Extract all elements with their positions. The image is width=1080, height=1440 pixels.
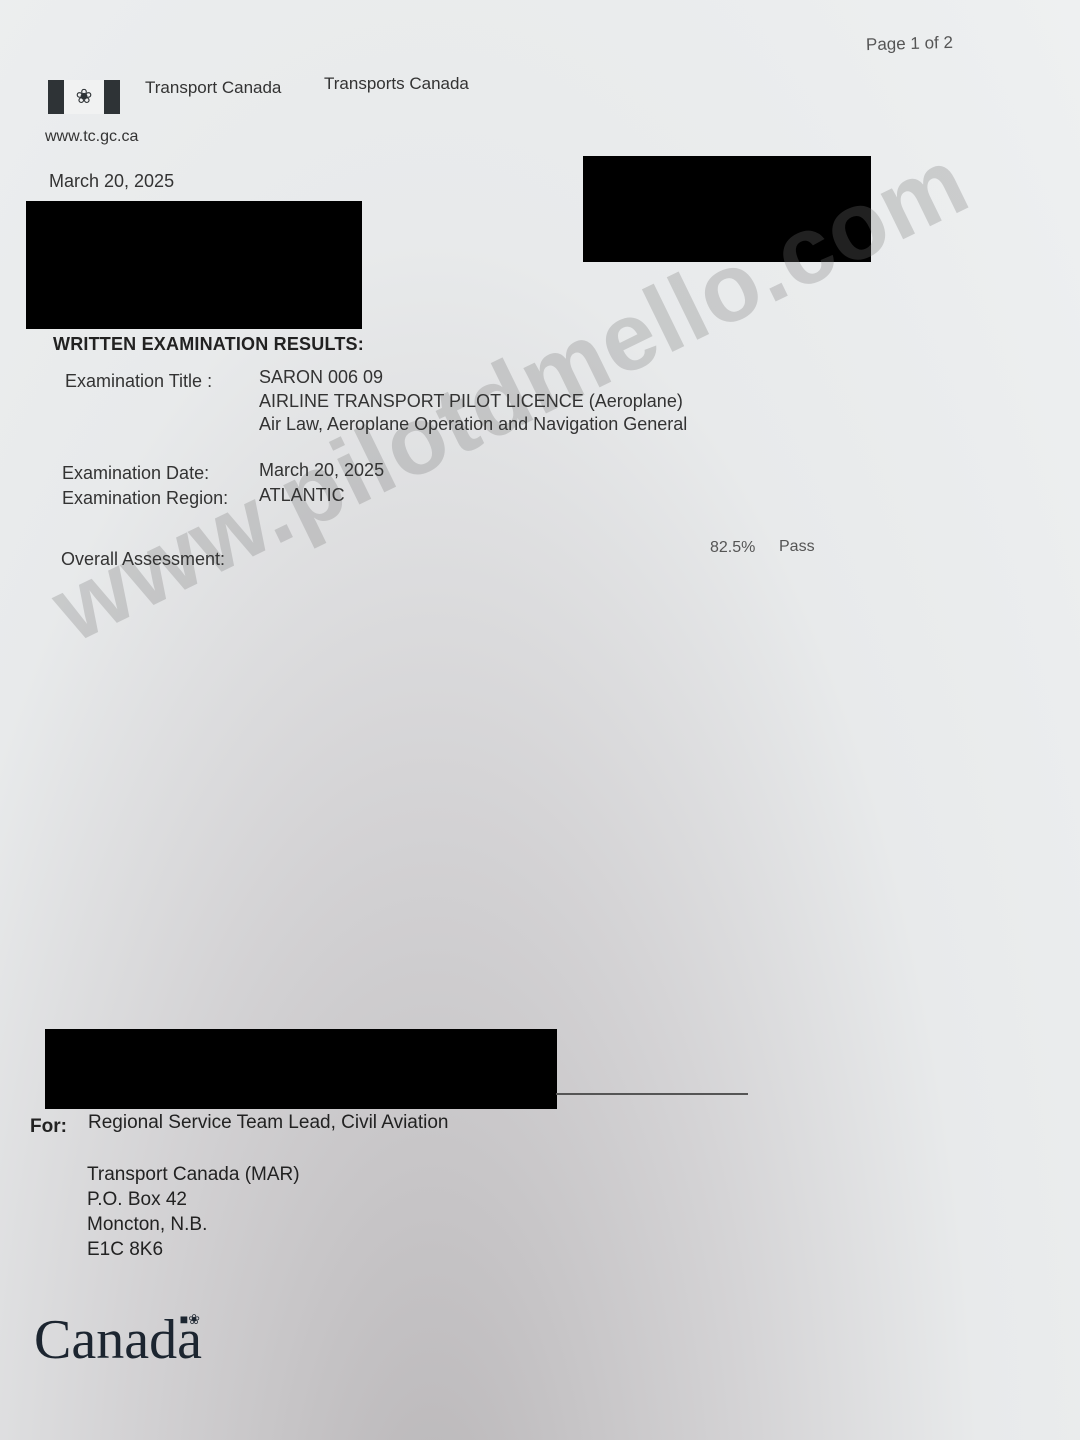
redacted-signature — [45, 1029, 557, 1109]
assessment-score: 82.5% — [710, 539, 755, 557]
redacted-recipient-block — [26, 201, 362, 329]
address-line: E1C 8K6 — [87, 1237, 300, 1262]
department-name-en: Transport Canada — [145, 78, 281, 98]
exam-title-subject: Air Law, Aeroplane Operation and Navigat… — [259, 414, 687, 435]
exam-date-label: Examination Date: — [62, 463, 209, 484]
canada-wordmark: Canada ■❀ — [34, 1308, 202, 1372]
letter-date: March 20, 2025 — [49, 171, 174, 192]
address-line: Moncton, N.B. — [87, 1212, 300, 1237]
exam-region-value: ATLANTIC — [259, 485, 345, 506]
canada-flag-icon: ❀ — [48, 80, 120, 114]
exam-date-value: March 20, 2025 — [259, 460, 384, 481]
mailing-address: Transport Canada (MAR) P.O. Box 42 Monct… — [87, 1162, 300, 1262]
signature-line — [556, 1093, 748, 1095]
website-url: www.tc.gc.ca — [45, 128, 138, 146]
assessment-label: Overall Assessment: — [61, 549, 225, 570]
address-line: P.O. Box 42 — [87, 1187, 300, 1212]
exam-region-label: Examination Region: — [62, 488, 228, 509]
wordmark-flag-icon: ■❀ — [180, 1312, 200, 1329]
results-heading: WRITTEN EXAMINATION RESULTS: — [53, 334, 364, 355]
address-line: Transport Canada (MAR) — [87, 1162, 300, 1187]
for-label: For: — [30, 1116, 67, 1138]
signatory-title: Regional Service Team Lead, Civil Aviati… — [88, 1112, 449, 1134]
exam-title-code: SARON 006 09 — [259, 367, 383, 388]
page-indicator: Page 1 of 2 — [866, 33, 953, 55]
department-name-fr: Transports Canada — [324, 74, 469, 94]
letter-page: Page 1 of 2 ❀ Transport Canada Transport… — [0, 0, 1080, 1440]
assessment-result: Pass — [779, 538, 815, 556]
exam-title-licence: AIRLINE TRANSPORT PILOT LICENCE (Aeropla… — [259, 391, 683, 412]
exam-title-label: Examination Title : — [65, 371, 212, 392]
wordmark-text: Canada — [34, 1309, 202, 1371]
